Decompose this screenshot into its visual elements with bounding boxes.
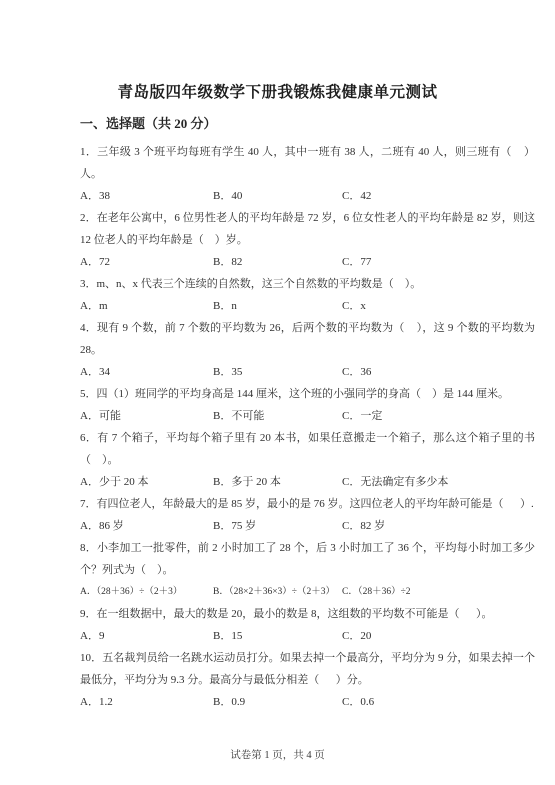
option-c: C．无法确定有多少本 [342,471,535,493]
question-text: 6．有 7 个箱子，平均每个箱子里有 20 本书，如果任意搬走一个箱子，那么这个… [80,427,535,471]
option-b: B．75 岁 [213,515,342,537]
option-a: A．38 [80,185,213,207]
option-a: A．少于 20 本 [80,471,213,493]
option-c: C．x [342,295,535,317]
option-b: B．82 [213,251,342,273]
options-row: A．1.2 B．0.9 C．0.6 [80,691,535,713]
question-text: 8．小李加工一批零件，前 2 小时加工了 28 个，后 3 小时加工了 36 个… [80,537,535,581]
question-3: 3．m、n、x 代表三个连续的自然数，这三个自然数的平均数是（ ）。 A．m B… [80,273,535,317]
option-b: B．0.9 [213,691,342,713]
option-a: A．9 [80,625,213,647]
options-row: A．可能 B．不可能 C．一定 [80,405,535,427]
option-b: B．多于 20 本 [213,471,342,493]
question-text: 9．在一组数据中，最大的数是 20，最小的数是 8，这组数的平均数不可能是（ ）… [80,603,535,625]
question-6: 6．有 7 个箱子，平均每个箱子里有 20 本书，如果任意搬走一个箱子，那么这个… [80,427,535,493]
options-row: A．少于 20 本 B．多于 20 本 C．无法确定有多少本 [80,471,535,493]
question-2: 2．在老年公寓中，6 位男性老人的平均年龄是 72 岁，6 位女性老人的平均年龄… [80,207,535,273]
options-row: A．72 B．82 C．77 [80,251,535,273]
question-1: 1．三年级 3 个班平均每班有学生 40 人，其中一班有 38 人，二班有 40… [80,141,535,207]
options-row: A．86 岁 B．75 岁 C．82 岁 [80,515,535,537]
question-text: 1．三年级 3 个班平均每班有学生 40 人，其中一班有 38 人，二班有 40… [80,141,535,185]
option-b: B．35 [213,361,342,383]
option-c: C．82 岁 [342,515,535,537]
option-a: A．m [80,295,213,317]
option-b: B．40 [213,185,342,207]
options-row: A．（28＋36）÷（2＋3） B．（28×2＋36×3）÷（2＋3） C．（2… [80,581,535,603]
question-7: 7．有四位老人，年龄最大的是 85 岁，最小的是 76 岁。这四位老人的平均年龄… [80,493,535,537]
option-a: A．可能 [80,405,213,427]
option-a: A．72 [80,251,213,273]
test-paper-page: 青岛版四年级数学下册我锻炼我健康单元测试 一、选择题（共 20 分） 1．三年级… [0,0,555,785]
option-c: C．77 [342,251,535,273]
option-a: A．（28＋36）÷（2＋3） [80,581,213,603]
question-10: 10．五名裁判员给一名跳水运动员打分。如果去掉一个最高分，平均分为 9 分，如果… [80,647,535,713]
option-c: C．（28＋36）÷2 [342,581,535,603]
option-b: B．n [213,295,342,317]
option-a: A．1.2 [80,691,213,713]
option-b: B．不可能 [213,405,342,427]
page-title: 青岛版四年级数学下册我锻炼我健康单元测试 [0,84,555,101]
options-row: A．9 B．15 C．20 [80,625,535,647]
section-heading: 一、选择题（共 20 分） [80,116,555,132]
option-a: A．86 岁 [80,515,213,537]
options-row: A．38 B．40 C．42 [80,185,535,207]
question-8: 8．小李加工一批零件，前 2 小时加工了 28 个，后 3 小时加工了 36 个… [80,537,535,603]
question-text: 2．在老年公寓中，6 位男性老人的平均年龄是 72 岁，6 位女性老人的平均年龄… [80,207,535,251]
question-text: 7．有四位老人，年龄最大的是 85 岁，最小的是 76 岁。这四位老人的平均年龄… [80,493,535,515]
option-c: C．20 [342,625,535,647]
options-row: A．34 B．35 C．36 [80,361,535,383]
question-text: 3．m、n、x 代表三个连续的自然数，这三个自然数的平均数是（ ）。 [80,273,535,295]
page-footer: 试卷第 1 页，共 4 页 [0,749,555,763]
question-text: 5．四（1）班同学的平均身高是 144 厘米，这个班的小强同学的身高（ ）是 1… [80,383,535,405]
option-a: A．34 [80,361,213,383]
question-text: 10．五名裁判员给一名跳水运动员打分。如果去掉一个最高分，平均分为 9 分，如果… [80,647,535,691]
question-list: 1．三年级 3 个班平均每班有学生 40 人，其中一班有 38 人，二班有 40… [80,141,535,713]
question-text: 4．现有 9 个数，前 7 个数的平均数为 26，后两个数的平均数为（ ），这 … [80,317,535,361]
options-row: A．m B．n C．x [80,295,535,317]
option-c: C．36 [342,361,535,383]
option-b: B．（28×2＋36×3）÷（2＋3） [213,581,342,603]
question-4: 4．现有 9 个数，前 7 个数的平均数为 26，后两个数的平均数为（ ），这 … [80,317,535,383]
option-c: C．0.6 [342,691,535,713]
option-c: C．一定 [342,405,535,427]
option-b: B．15 [213,625,342,647]
option-c: C．42 [342,185,535,207]
question-9: 9．在一组数据中，最大的数是 20，最小的数是 8，这组数的平均数不可能是（ ）… [80,603,535,647]
question-5: 5．四（1）班同学的平均身高是 144 厘米，这个班的小强同学的身高（ ）是 1… [80,383,535,427]
